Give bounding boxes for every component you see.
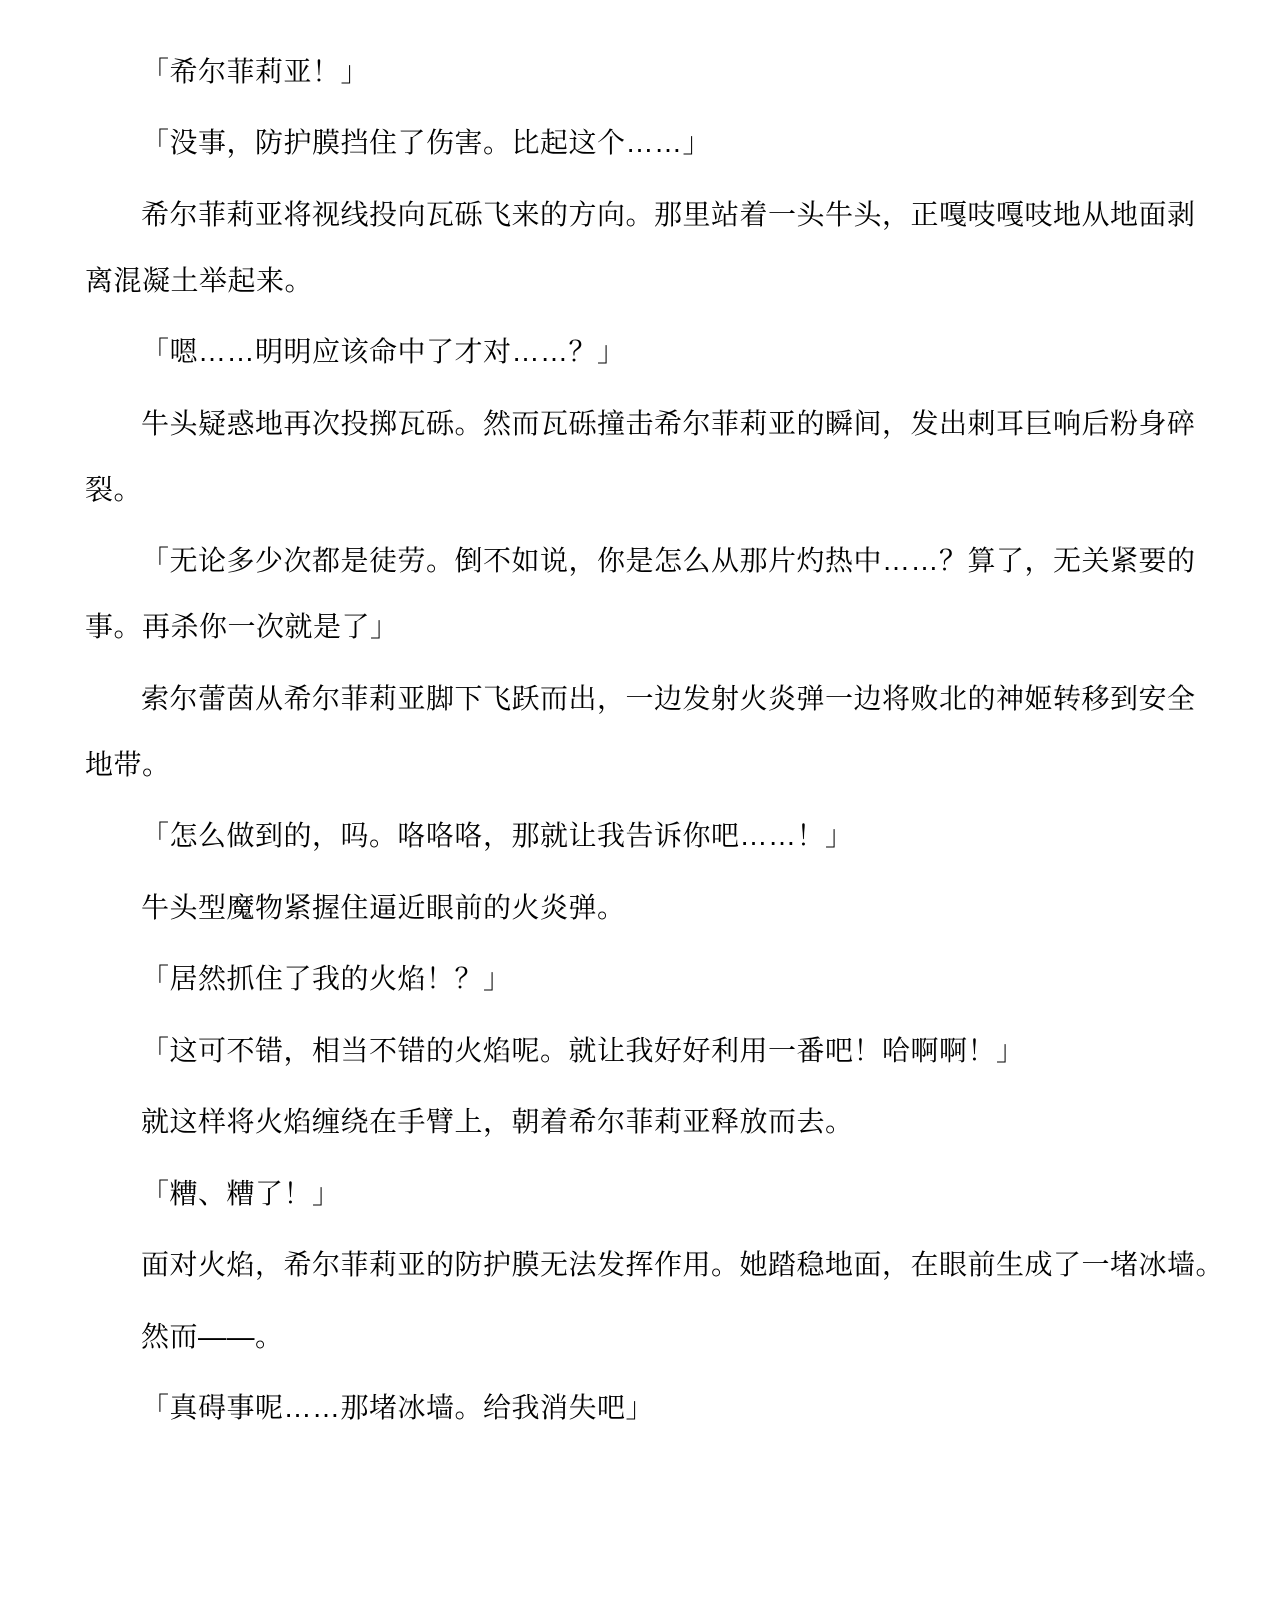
paragraph: 「嗯……明明应该命中了才对……？」: [85, 319, 1195, 385]
paragraph: 牛头疑惑地再次投掷瓦砾。然而瓦砾撞击希尔菲莉亚的瞬间，发出刺耳巨响后粉身碎裂。: [85, 391, 1195, 523]
paragraph: 「没事，防护膜挡住了伤害。比起这个……」: [85, 110, 1195, 176]
paragraph: 「怎么做到的，吗。咯咯咯，那就让我告诉你吧……！」: [85, 803, 1195, 869]
paragraph-first-line: 「无论多少次都是徒劳。倒不如说，你是怎么从那片灼热中……？算了，无关紧要的: [85, 528, 1195, 594]
paragraph-first-line: 「居然抓住了我的火焰！？」: [85, 946, 1195, 1012]
paragraph: 「这可不错，相当不错的火焰呢。就让我好好利用一番吧！哈啊啊！」: [85, 1018, 1195, 1084]
paragraph-first-line: 面对火焰，希尔菲莉亚的防护膜无法发挥作用。她踏稳地面，在眼前生成了一堵冰墙。: [85, 1232, 1195, 1298]
paragraph-wrapped-line: 地带。: [85, 732, 1195, 798]
paragraph: 然而——。: [85, 1304, 1195, 1370]
paragraph: 「居然抓住了我的火焰！？」: [85, 946, 1195, 1012]
paragraph: 面对火焰，希尔菲莉亚的防护膜无法发挥作用。她踏稳地面，在眼前生成了一堵冰墙。: [85, 1232, 1195, 1298]
paragraph-first-line: 索尔蕾茵从希尔菲莉亚脚下飞跃而出，一边发射火炎弹一边将败北的神姬转移到安全: [85, 666, 1195, 732]
paragraph-first-line: 「糟、糟了！」: [85, 1161, 1195, 1227]
paragraph-wrapped-line: 离混凝土举起来。: [85, 248, 1195, 314]
paragraph-first-line: 就这样将火焰缠绕在手臂上，朝着希尔菲莉亚释放而去。: [85, 1089, 1195, 1155]
paragraph-wrapped-line: 裂。: [85, 457, 1195, 523]
paragraph-first-line: 希尔菲莉亚将视线投向瓦砾飞来的方向。那里站着一头牛头，正嘎吱嘎吱地从地面剥: [85, 182, 1195, 248]
document-page: 「希尔菲莉亚！」「没事，防护膜挡住了伤害。比起这个……」希尔菲莉亚将视线投向瓦砾…: [0, 0, 1280, 1624]
paragraph-first-line: 「这可不错，相当不错的火焰呢。就让我好好利用一番吧！哈啊啊！」: [85, 1018, 1195, 1084]
paragraph: 希尔菲莉亚将视线投向瓦砾飞来的方向。那里站着一头牛头，正嘎吱嘎吱地从地面剥离混凝…: [85, 182, 1195, 314]
paragraph-wrapped-line: 事。再杀你一次就是了」: [85, 594, 1195, 660]
paragraph: 「糟、糟了！」: [85, 1161, 1195, 1227]
paragraph-first-line: 「嗯……明明应该命中了才对……？」: [85, 319, 1195, 385]
paragraph-first-line: 牛头疑惑地再次投掷瓦砾。然而瓦砾撞击希尔菲莉亚的瞬间，发出刺耳巨响后粉身碎: [85, 391, 1195, 457]
paragraph-first-line: 「真碍事呢……那堵冰墙。给我消失吧」: [85, 1375, 1195, 1441]
paragraph-first-line: 「希尔菲莉亚！」: [85, 39, 1195, 105]
paragraph-first-line: 「怎么做到的，吗。咯咯咯，那就让我告诉你吧……！」: [85, 803, 1195, 869]
paragraph: 「希尔菲莉亚！」: [85, 39, 1195, 105]
paragraph: 索尔蕾茵从希尔菲莉亚脚下飞跃而出，一边发射火炎弹一边将败北的神姬转移到安全地带。: [85, 666, 1195, 798]
paragraph-first-line: 牛头型魔物紧握住逼近眼前的火炎弹。: [85, 875, 1195, 941]
paragraph: 就这样将火焰缠绕在手臂上，朝着希尔菲莉亚释放而去。: [85, 1089, 1195, 1155]
paragraph-first-line: 「没事，防护膜挡住了伤害。比起这个……」: [85, 110, 1195, 176]
paragraph: 牛头型魔物紧握住逼近眼前的火炎弹。: [85, 875, 1195, 941]
paragraph: 「真碍事呢……那堵冰墙。给我消失吧」: [85, 1375, 1195, 1441]
paragraph-first-line: 然而——。: [85, 1304, 1195, 1370]
paragraph: 「无论多少次都是徒劳。倒不如说，你是怎么从那片灼热中……？算了，无关紧要的事。再…: [85, 528, 1195, 660]
